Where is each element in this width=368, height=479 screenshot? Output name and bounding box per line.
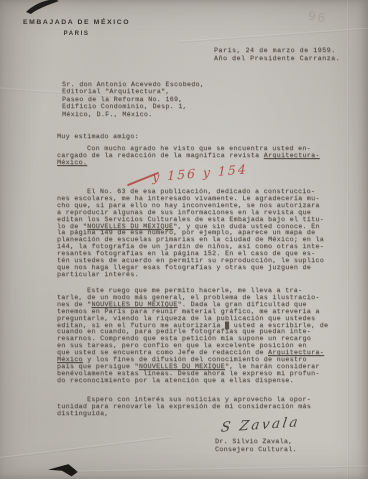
recipient-address: Sr. don Antonio Acevedo Escobedo, Editor… — [62, 81, 204, 118]
letter-line: particular interés. — [57, 272, 347, 279]
address-line: México, D.F., México. — [62, 111, 204, 118]
paragraph-3: Este ruego que me permito hacerle, me ll… — [57, 288, 347, 385]
dateline-date: París, 24 de marzo de 1959. — [214, 47, 340, 55]
paragraph-4: Espero con interés sus noticias y aprove… — [57, 397, 347, 418]
letterhead-city: PARIS — [23, 31, 130, 37]
signature-title: Consejero Cultural. — [215, 447, 297, 454]
dateline-motto: Año del Presidente Carranza. — [214, 55, 340, 63]
signature-name: Dr. Silvio Zavala, — [215, 439, 293, 446]
paper-crease — [76, 465, 368, 472]
letter-line: distinguida, — [57, 411, 347, 418]
paper-crease — [347, 0, 349, 479]
letter-line: do reconocimiento por la atención que a … — [57, 378, 347, 385]
pencil-note: 96 — [307, 9, 328, 26]
paper-crease — [178, 27, 368, 43]
ink-blob-top-left — [24, 0, 62, 15]
letterhead: EMBAJADA DE MÉXICO PARIS — [23, 19, 130, 37]
paper-crease — [0, 436, 171, 460]
letter-line: cargado de la redacción de la magnífica … — [57, 153, 347, 160]
salutation: Muy estimado amigo: — [57, 134, 139, 141]
ink-mark-bottom-left — [48, 462, 86, 479]
paragraph-2: El No. 63 de esa publicación, dedicado a… — [57, 189, 347, 279]
scanned-letter-page: EMBAJADA DE MÉXICO PARIS 96 París, 24 de… — [0, 0, 368, 479]
address-line: Editorial "Arquitectura", — [62, 88, 204, 95]
paragraph-1: Con mucho agrado he visto que se encuent… — [57, 146, 347, 167]
dateline: París, 24 de marzo de 1959. Año del Pres… — [214, 47, 340, 62]
letterhead-embassy: EMBAJADA DE MÉXICO — [23, 19, 130, 26]
address-line: Edificio Condominio, Desp. 1, — [62, 103, 204, 110]
